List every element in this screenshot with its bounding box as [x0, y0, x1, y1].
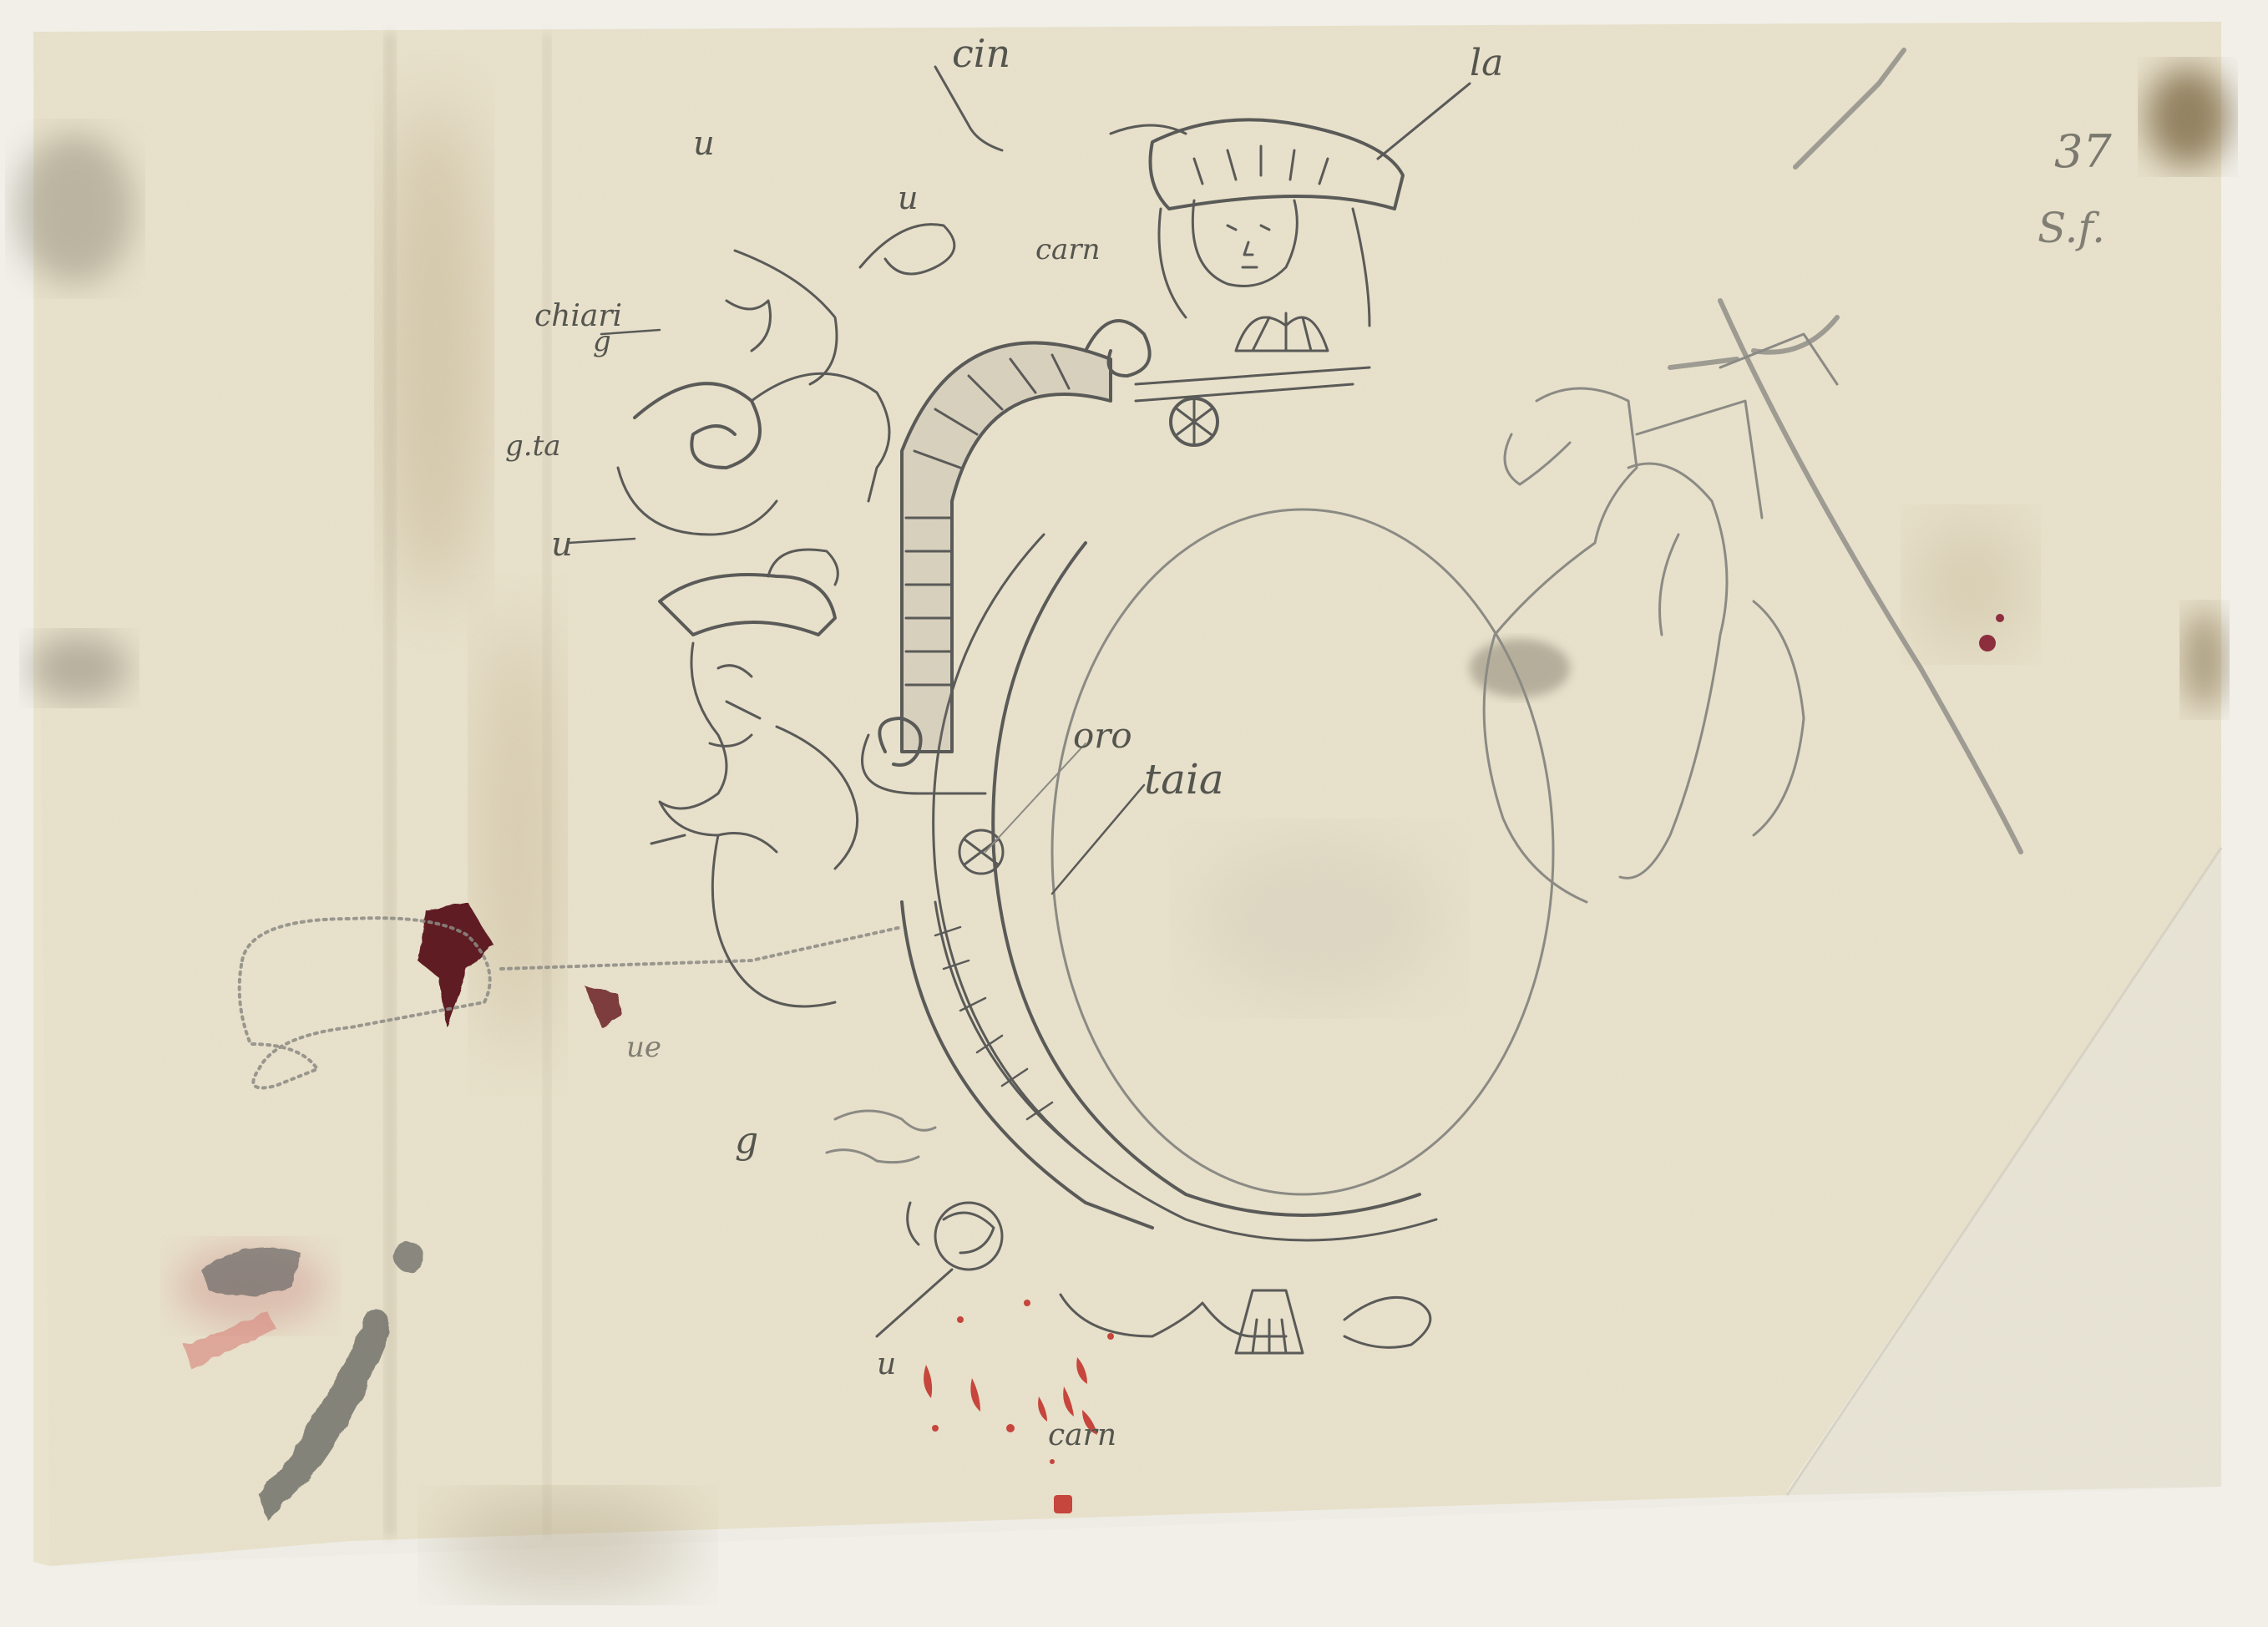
annotation-g-2: g — [735, 1119, 758, 1162]
annotation-carn-top: carn — [1035, 233, 1100, 266]
annotation-u-4: u — [877, 1347, 896, 1381]
annotation-u-1: u — [693, 124, 715, 163]
annotation-la: la — [1470, 42, 1503, 84]
annotation-u-2: u — [898, 180, 918, 216]
annotation-u-3: u — [551, 525, 573, 564]
annotation-gta: g.ta — [505, 429, 561, 463]
artwork-canvas: cin la u u carn chiari g g.ta u oro taia… — [0, 0, 2268, 1627]
inventory-number: 37 — [2054, 125, 2112, 178]
annotation-oro: oro — [1073, 715, 1132, 756]
annotation-cin: cin — [952, 31, 1010, 76]
inventory-mark: S.f. — [2038, 204, 2105, 252]
annotation-g-1: g — [593, 325, 611, 358]
annotation-carn-bottom: carn — [1048, 1418, 1116, 1452]
annotation-ue: ue — [626, 1031, 661, 1064]
annotation-taia: taia — [1144, 755, 1224, 803]
